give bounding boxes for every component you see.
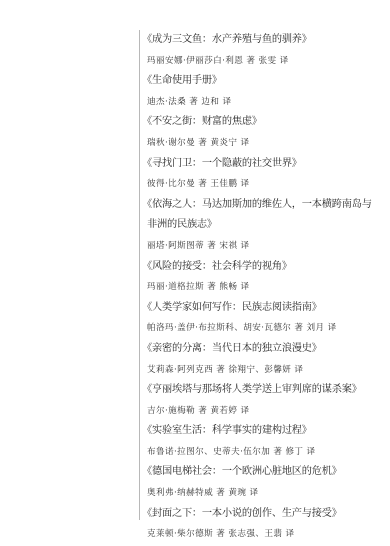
- book-credit: 艾莉森·阿列克西 著 徐翔宁、彭馨妍 译: [142, 360, 382, 381]
- book-title-continuation: 非洲的民族志》: [142, 215, 382, 236]
- book-title: 《亨丽埃塔与那场将人类学送上审判席的谋杀案》: [142, 380, 382, 401]
- book-credit: 瑞秋·谢尔曼 著 黄炎宁 译: [142, 133, 382, 154]
- book-title: 《实验室生活：科学事实的建构过程》: [142, 421, 382, 442]
- book-credit: 玛丽·道格拉斯 著 熊畅 译: [142, 277, 382, 298]
- margin-rule: [139, 30, 140, 520]
- book-credit: 玛丽安娜·伊丽莎白·利恩 著 张雯 译: [142, 51, 382, 72]
- book-credit: 彼得·比尔曼 著 王佳鹏 译: [142, 174, 382, 195]
- book-credit: 帕洛玛·盖伊·布拉斯科、胡安·瓦德尔 著 刘月 译: [142, 318, 382, 339]
- book-credit: 克莱顿·柴尔德斯 著 张志强、王翡 译: [142, 524, 382, 545]
- book-title: 《人类学家如何写作：民族志阅读指南》: [142, 298, 382, 319]
- book-list: 《成为三文鱼：水产养殖与鱼的驯养》 玛丽安娜·伊丽莎白·利恩 著 张雯 译 《生…: [142, 30, 382, 545]
- book-title: 《寻找门卫：一个隐蔽的社交世界》: [142, 154, 382, 175]
- book-title: 《不安之街：财富的焦虑》: [142, 112, 382, 133]
- book-title: 《依海之人：马达加斯加的维佐人，一本横跨南岛与: [142, 195, 382, 216]
- book-title: 《封面之下：一本小说的创作、生产与接受》: [142, 504, 382, 525]
- book-title: 《成为三文鱼：水产养殖与鱼的驯养》: [142, 30, 382, 51]
- book-credit: 丽塔·阿斯图蒂 著 宋祺 译: [142, 236, 382, 257]
- book-title: 《风险的接受：社会科学的视角》: [142, 257, 382, 278]
- book-credit: 吉尔·施梅勒 著 黄若婷 译: [142, 401, 382, 422]
- book-title: 《德国电梯社会：一个欧洲心脏地区的危机》: [142, 462, 382, 483]
- book-credit: 迪杰·法桑 著 边和 译: [142, 92, 382, 113]
- book-title: 《亲密的分离：当代日本的独立浪漫史》: [142, 339, 382, 360]
- book-title: 《生命使用手册》: [142, 71, 382, 92]
- book-credit: 布鲁诺·拉图尔、史蒂夫·伍尔加 著 修丁 译: [142, 442, 382, 463]
- book-credit: 奥利弗·纳赫特威 著 黄琬 译: [142, 483, 382, 504]
